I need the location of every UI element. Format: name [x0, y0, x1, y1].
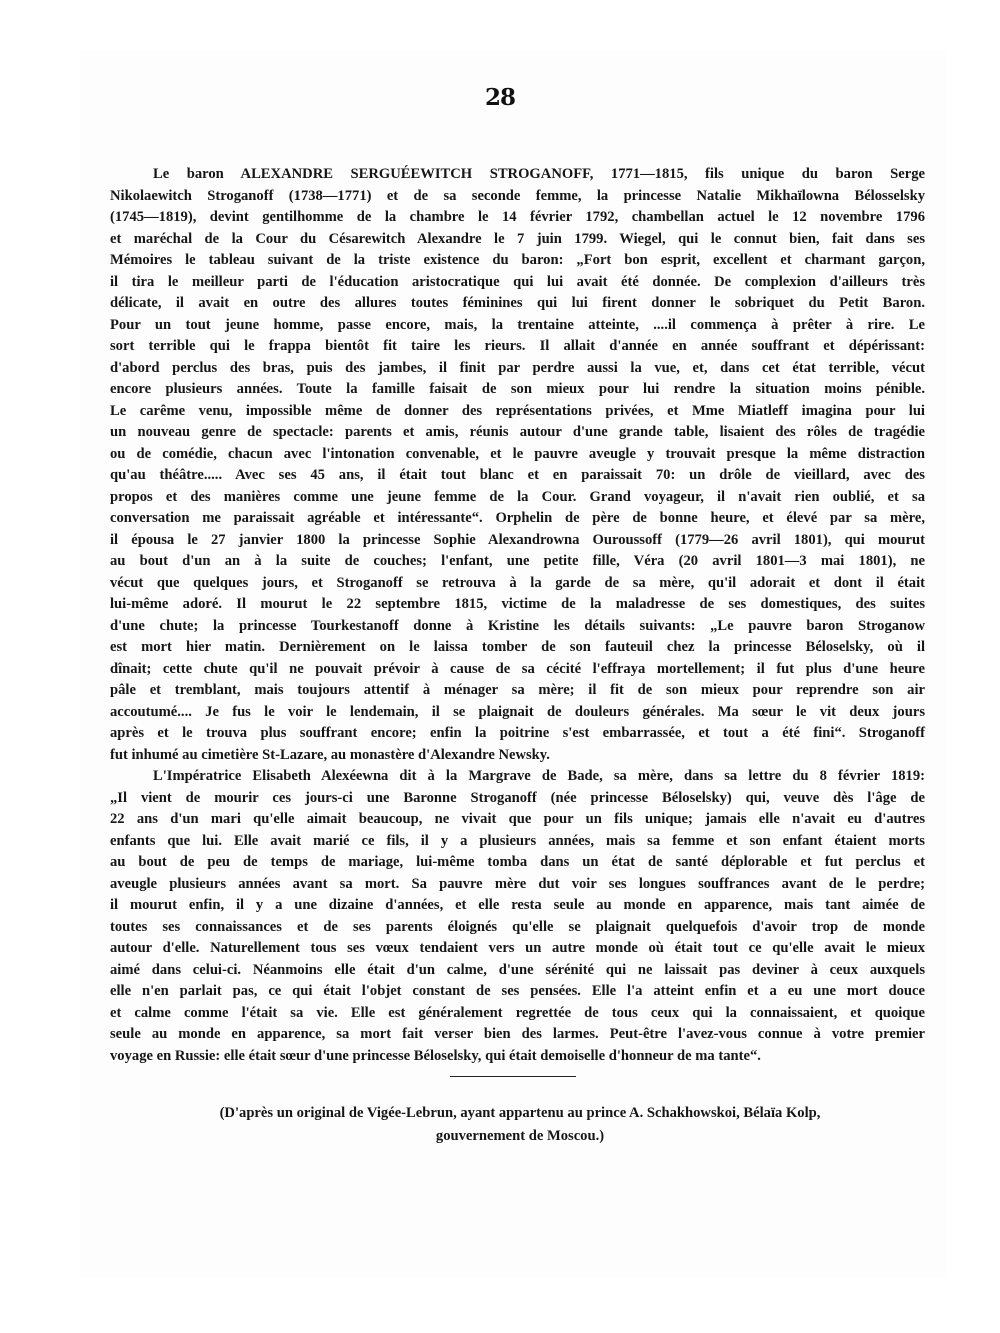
- text-line: propos et des manières comme une jeune f…: [110, 487, 925, 509]
- text-line: au bout d'un an à la suite de couches; l…: [110, 551, 925, 573]
- text-line: un nouveau genre de spectacle: parents e…: [110, 422, 925, 444]
- text-line: Mémoires le tableau suivant de la triste…: [110, 250, 925, 272]
- text-line: après et le trouva plus souffrant encore…: [110, 723, 925, 745]
- text-line: vécut que quelques jours, et Stroganoff …: [110, 573, 925, 595]
- text-line: et maréchal de la Cour du Césarewitch Al…: [110, 229, 925, 251]
- text-line: encore plusieurs années. Toute la famill…: [110, 379, 925, 401]
- text-line: au bout de peu de temps de mariage, lui-…: [110, 852, 925, 874]
- text-line: d'abord perclus des bras, puis des jambe…: [110, 358, 925, 380]
- text-line: ou de comédie, chacun avec l'intonation …: [110, 444, 925, 466]
- text-line: seule au monde en apparence, sa mort fai…: [110, 1024, 925, 1046]
- text-line: est mort hier matin. Dernièrement on le …: [110, 637, 925, 659]
- paragraph-empress-letter: L'Impératrice Elisabeth Alexéewna dit à …: [110, 766, 925, 1067]
- caption-line: gouvernement de Moscou.): [130, 1125, 910, 1148]
- text-line: elle n'en parlait pas, ce qui était l'ob…: [110, 981, 925, 1003]
- text-line: enfants que lui. Elle avait marié ce fil…: [110, 831, 925, 853]
- text-line: „Il vient de mourir ces jours-ci une Bar…: [110, 788, 925, 810]
- text-line: il tira le meilleur parti de l'éducation…: [110, 272, 925, 294]
- text-line: autour d'elle. Naturellement tous ses vœ…: [110, 938, 925, 960]
- text-line: voyage en Russie: elle était sœur d'une …: [110, 1046, 925, 1068]
- text-line: Le baron ALEXANDRE SERGUÉEWITCH STROGANO…: [110, 164, 925, 186]
- text-line: Nikolaewitch Stroganoff (1738—1771) et d…: [110, 186, 925, 208]
- text-line: Pour un tout jeune homme, passe encore, …: [110, 315, 925, 337]
- text-line: qu'au théâtre..... Avec ses 45 ans, il é…: [110, 465, 925, 487]
- text-line: fut inhumé au cimetière St-Lazare, au mo…: [110, 745, 925, 767]
- text-line: d'une chute; la princesse Tourkestanoff …: [110, 616, 925, 638]
- page-number: 28: [0, 84, 1000, 111]
- paragraph-stroganoff-biography: Le baron ALEXANDRE SERGUÉEWITCH STROGANO…: [110, 164, 925, 766]
- text-line: (1745—1819), devint gentilhomme de la ch…: [110, 207, 925, 229]
- text-line: 22 ans d'un mari qu'elle aimait beaucoup…: [110, 809, 925, 831]
- text-line: conversation me paraissait agréable et i…: [110, 508, 925, 530]
- section-divider: [450, 1076, 576, 1077]
- text-line: toutes ses connaissances et de ses paren…: [110, 917, 925, 939]
- text-line: accoutumé.... Je fus le voir le lendemai…: [110, 702, 925, 724]
- text-line: pâle et tremblant, mais toujours attenti…: [110, 680, 925, 702]
- text-line: il mourut enfin, il y a une dizaine d'an…: [110, 895, 925, 917]
- portrait-caption: (D'après un original de Vigée-Lebrun, ay…: [130, 1102, 910, 1148]
- text-line: aveugle plusieurs années avant sa mort. …: [110, 874, 925, 896]
- text-line: il épousa le 27 janvier 1800 la princess…: [110, 530, 925, 552]
- text-line: délicate, il avait en outre des allures …: [110, 293, 925, 315]
- text-line: et calme comme l'était sa vie. Elle est …: [110, 1003, 925, 1025]
- text-line: dînait; cette chute qu'il ne pouvait pré…: [110, 659, 925, 681]
- caption-line: (D'après un original de Vigée-Lebrun, ay…: [130, 1102, 910, 1125]
- text-line: aimé dans celui-ci. Néanmoins elle était…: [110, 960, 925, 982]
- body-text: Le baron ALEXANDRE SERGUÉEWITCH STROGANO…: [110, 164, 925, 1067]
- text-line: L'Impératrice Elisabeth Alexéewna dit à …: [110, 766, 925, 788]
- text-line: lui-même adoré. Il mourut le 22 septembr…: [110, 594, 925, 616]
- text-line: sort terrible qui le frappa bientôt fit …: [110, 336, 925, 358]
- text-line: Le carême venu, impossible même de donne…: [110, 401, 925, 423]
